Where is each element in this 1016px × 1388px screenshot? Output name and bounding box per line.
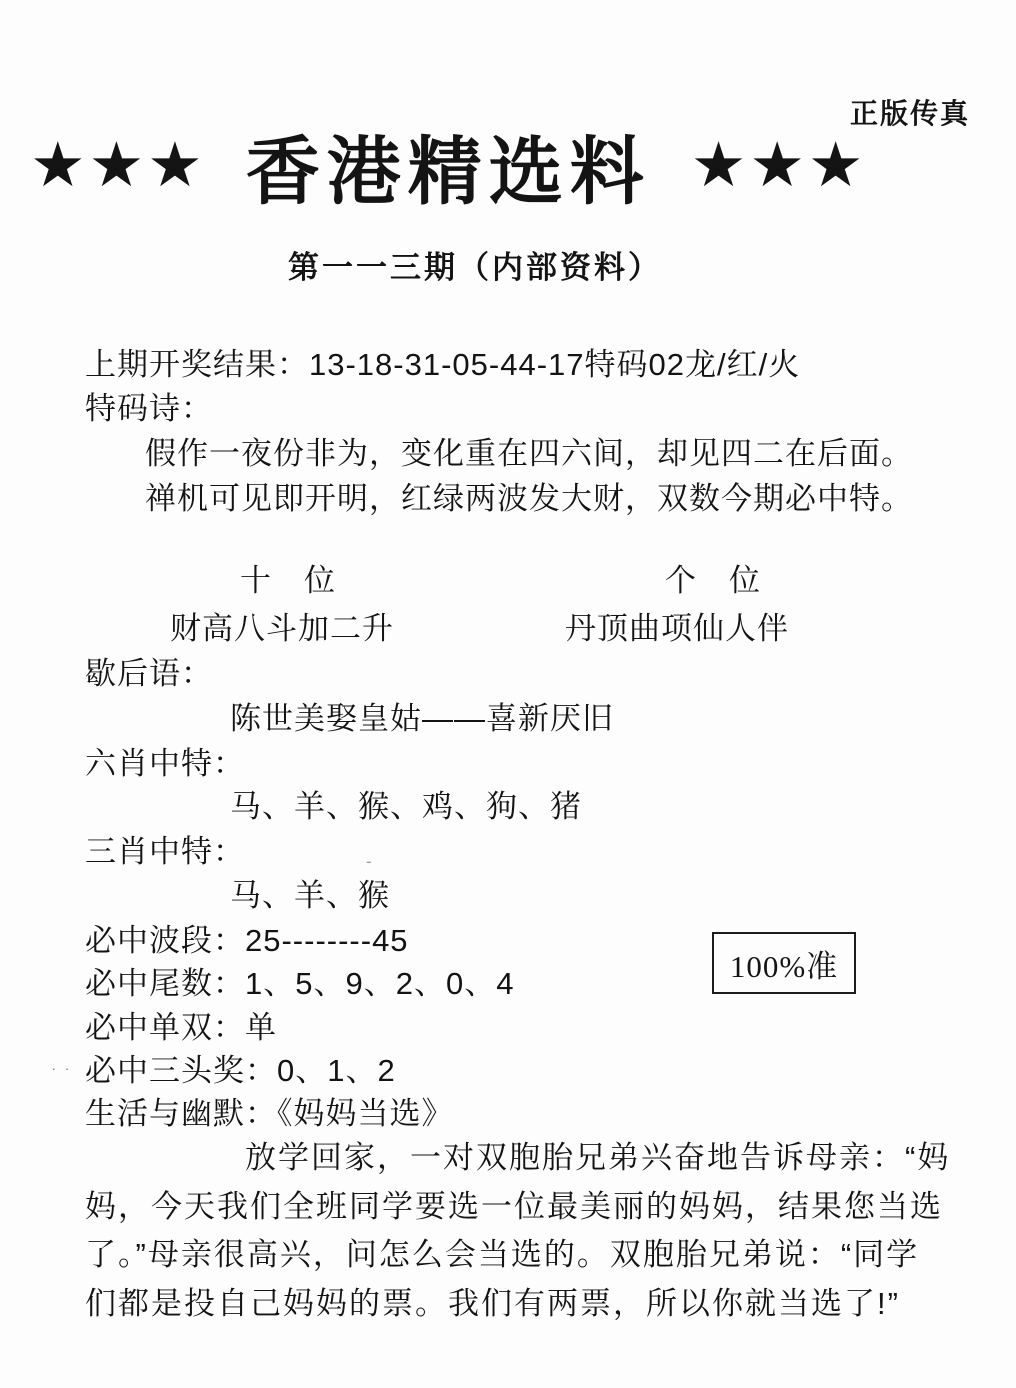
scan-artifact-dots: . . <box>52 1058 72 1073</box>
six-zodiac-value: 马、羊、猴、鸡、狗、猪 <box>230 789 582 825</box>
page-title: 香港精选料 <box>246 135 651 209</box>
joke-line-3: 了。”母亲很高兴，问怎么会当选的。双胞胎兄弟说：“同学 <box>85 1237 919 1273</box>
humor-title-line: 生活与幽默：《妈妈当选》 <box>85 1096 454 1132</box>
accuracy-badge-text: 100%准 <box>730 941 838 986</box>
tail-numbers-line: 必中尾数：1、5、9、2、0、4 <box>85 966 514 1002</box>
poem-line-2: 禅机可见即开明，红绿两波发大财，双数今期必中特。 <box>145 481 913 517</box>
joke-line-4: 们都是投自己妈妈的票。我们有两票，所以你就当选了!” <box>85 1286 900 1322</box>
ones-position-label: 个 位 <box>665 563 761 599</box>
odd-even-line: 必中单双：单 <box>85 1010 277 1046</box>
scan-artifact-dash: - <box>366 852 372 872</box>
accuracy-badge: 100%准 <box>712 932 856 994</box>
last-draw-result: 上期开奖结果：13-18-31-05-44-17特码02龙/红/火 <box>85 347 800 383</box>
title-row: ★★★ 香港精选料 ★★★ <box>30 116 986 228</box>
xiehouyu-content: 陈世美娶皇姑——喜新厌旧 <box>230 701 614 737</box>
tens-position-phrase: 财高八斗加二升 <box>170 611 394 647</box>
six-zodiac-label: 六肖中特： <box>85 746 245 782</box>
ones-position-phrase: 丹顶曲项仙人伴 <box>565 611 789 647</box>
three-zodiac-value: 马、羊、猴 <box>230 878 390 914</box>
special-poem-label: 特码诗： <box>85 391 213 427</box>
poem-line-1: 假作一夜份非为，变化重在四六间，却见四二在后面。 <box>145 436 913 472</box>
stars-right-decoration: ★★★ <box>691 135 867 197</box>
head-prize-line: 必中三头奖：0、1、2 <box>85 1053 396 1089</box>
three-zodiac-label: 三肖中特： <box>85 834 245 870</box>
issue-subtitle: 第一一三期（内部资料） <box>0 242 950 287</box>
joke-line-1: 放学回家，一对双胞胎兄弟兴奋地告诉母亲：“妈 <box>245 1140 950 1176</box>
wave-range-line: 必中波段：25--------45 <box>85 923 409 959</box>
stars-left-decoration: ★★★ <box>30 135 206 197</box>
joke-line-2: 妈，今天我们全班同学要选一位最美丽的妈妈，结果您当选 <box>85 1189 943 1225</box>
xiehouyu-label: 歇后语： <box>85 656 213 692</box>
fax-document-page: 正版传真 ★★★ 香港精选料 ★★★ 第一一三期（内部资料） 上期开奖结果：13… <box>0 0 1016 1388</box>
tens-position-label: 十 位 <box>240 563 336 599</box>
